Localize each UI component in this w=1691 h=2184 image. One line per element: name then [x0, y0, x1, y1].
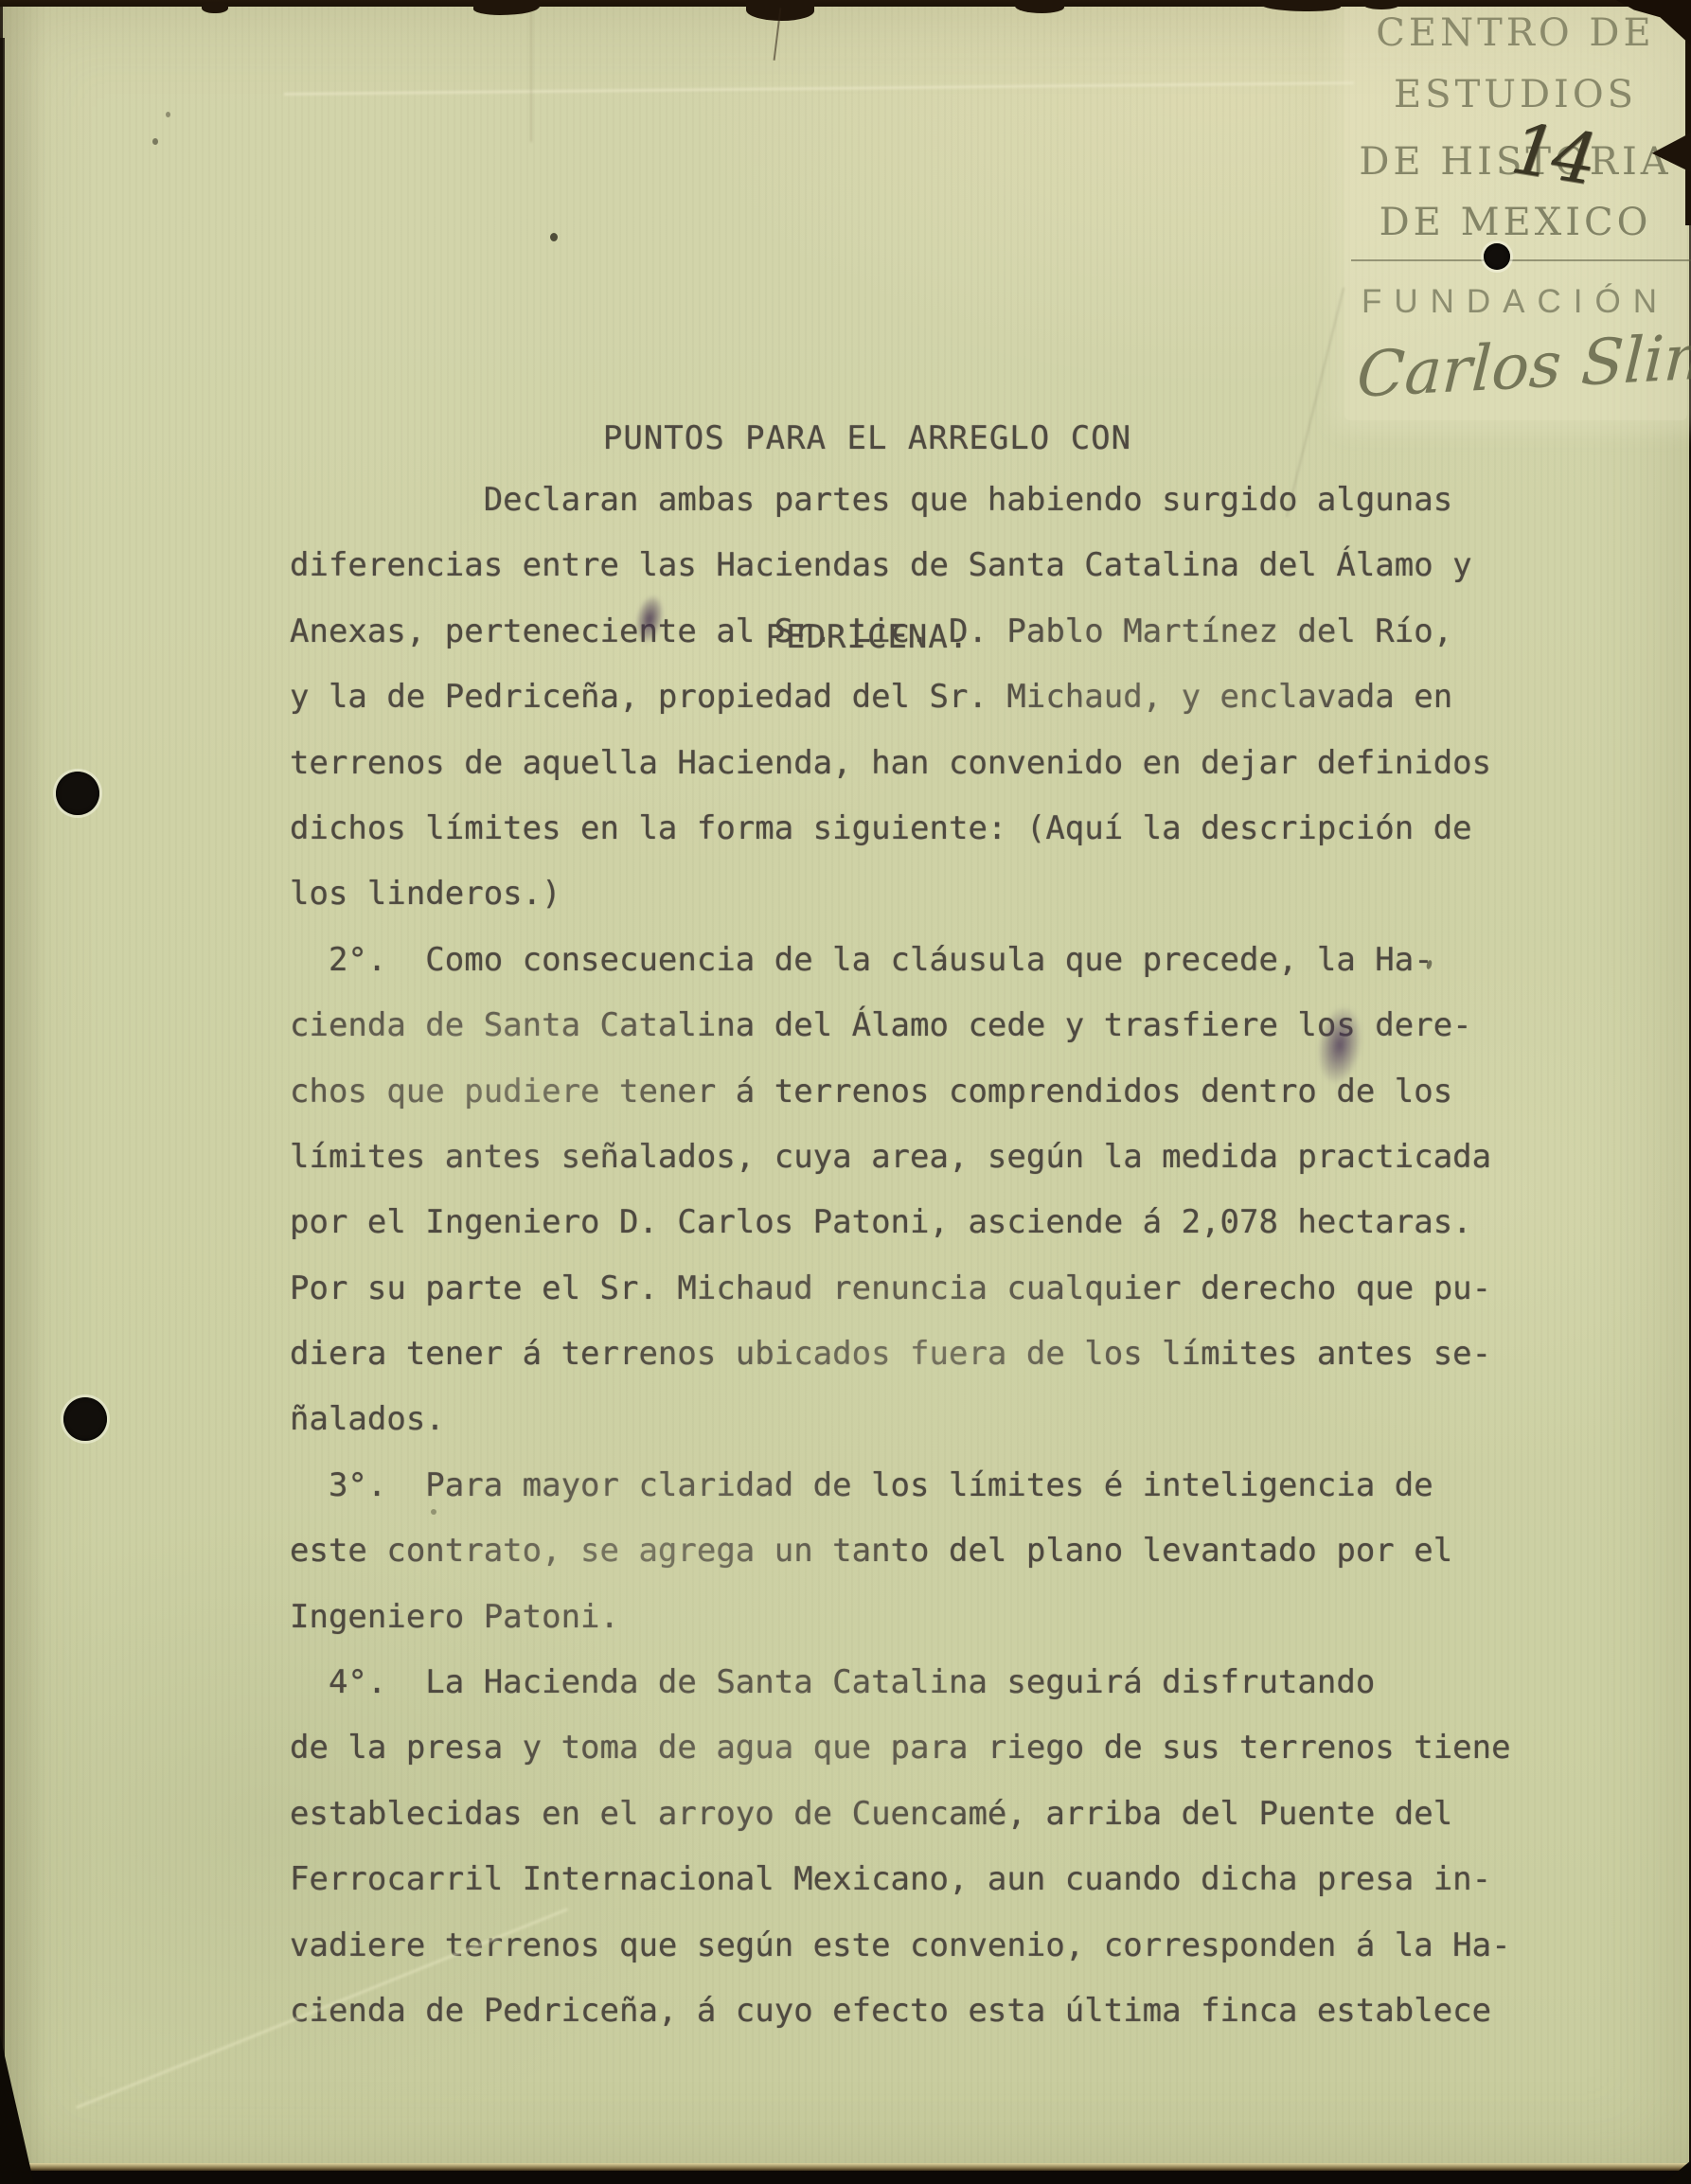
punch-hole [1484, 243, 1510, 270]
text-line: 3°. Para mayor claridad de los límites é… [290, 1453, 1615, 1518]
paper-speck [152, 138, 158, 145]
text-line: diferencias entre las Haciendas de Santa… [290, 533, 1615, 598]
watermark-divider-line [1351, 259, 1691, 261]
watermark-line-1: CENTRO DE [1340, 11, 1691, 55]
paper-edge-bottom [0, 2171, 1691, 2184]
text-line: y la de Pedriceña, propiedad del Sr. Mic… [290, 665, 1615, 730]
text-line: cienda de Pedriceña, á cuyo efecto esta … [290, 1979, 1615, 2044]
text-line: 4°. La Hacienda de Santa Catalina seguir… [290, 1650, 1615, 1715]
text-line: dichos límites en la forma siguiente: (A… [290, 796, 1615, 861]
text-line: este contrato, se agrega un tanto del pl… [290, 1518, 1615, 1584]
text-line: vadiere terrenos que según este convenio… [290, 1913, 1615, 1979]
document-body: Declaran ambas partes que habiendo surgi… [290, 468, 1615, 2044]
text-line: Declaran ambas partes que habiendo surgi… [290, 468, 1615, 533]
text-line: límites antes señalados, cuya area, segú… [290, 1125, 1615, 1190]
paper-edge-top [0, 0, 1691, 7]
paper-tear [1363, 0, 1399, 9]
text-line: ñalados. [290, 1387, 1615, 1452]
punch-hole [63, 1397, 107, 1441]
text-line: establecidas en el arroyo de Cuencamé, a… [290, 1782, 1615, 1847]
text-line: de la presa y toma de agua que para rieg… [290, 1715, 1615, 1781]
paper-speck [550, 233, 558, 241]
text-line: diera tener á terrenos ubicados fuera de… [290, 1322, 1615, 1387]
paper-speck [166, 112, 170, 117]
text-line: Ferrocarril Internacional Mexicano, aun … [290, 1847, 1615, 1912]
text-line: los linderos.) [290, 861, 1615, 927]
paper-tear [202, 2, 228, 13]
text-line: terrenos de aquella Hacienda, han conven… [290, 731, 1615, 796]
text-line: 2°. Como consecuencia de la cláusula que… [290, 928, 1615, 993]
title-line-1: PUNTOS PARA EL ARREGLO CON [290, 405, 1445, 471]
text-line: Anexas, perteneciente al Sr. Lic. D. Pab… [290, 599, 1615, 665]
watermark-line-4: DE MEXICO [1340, 201, 1691, 244]
text-line: chos que pudiere tener á terrenos compre… [290, 1059, 1615, 1125]
paper-edge-left [0, 38, 5, 2184]
paper-edge-bottom-highlight [0, 2163, 1691, 2171]
text-line: Ingeniero Patoni. [290, 1585, 1615, 1650]
text-line: cienda de Santa Catalina del Álamo cede … [290, 993, 1615, 1058]
text-line: por el Ingeniero D. Carlos Patoni, ascie… [290, 1190, 1615, 1255]
text-line: Por su parte el Sr. Michaud renuncia cua… [290, 1256, 1615, 1322]
scanned-document-photo: { "page": { "kind": "scanned typewritten… [0, 0, 1691, 2184]
watermark-line-2: ESTUDIOS [1340, 73, 1691, 116]
paper-speck [431, 1509, 436, 1515]
punch-hole [56, 772, 99, 815]
